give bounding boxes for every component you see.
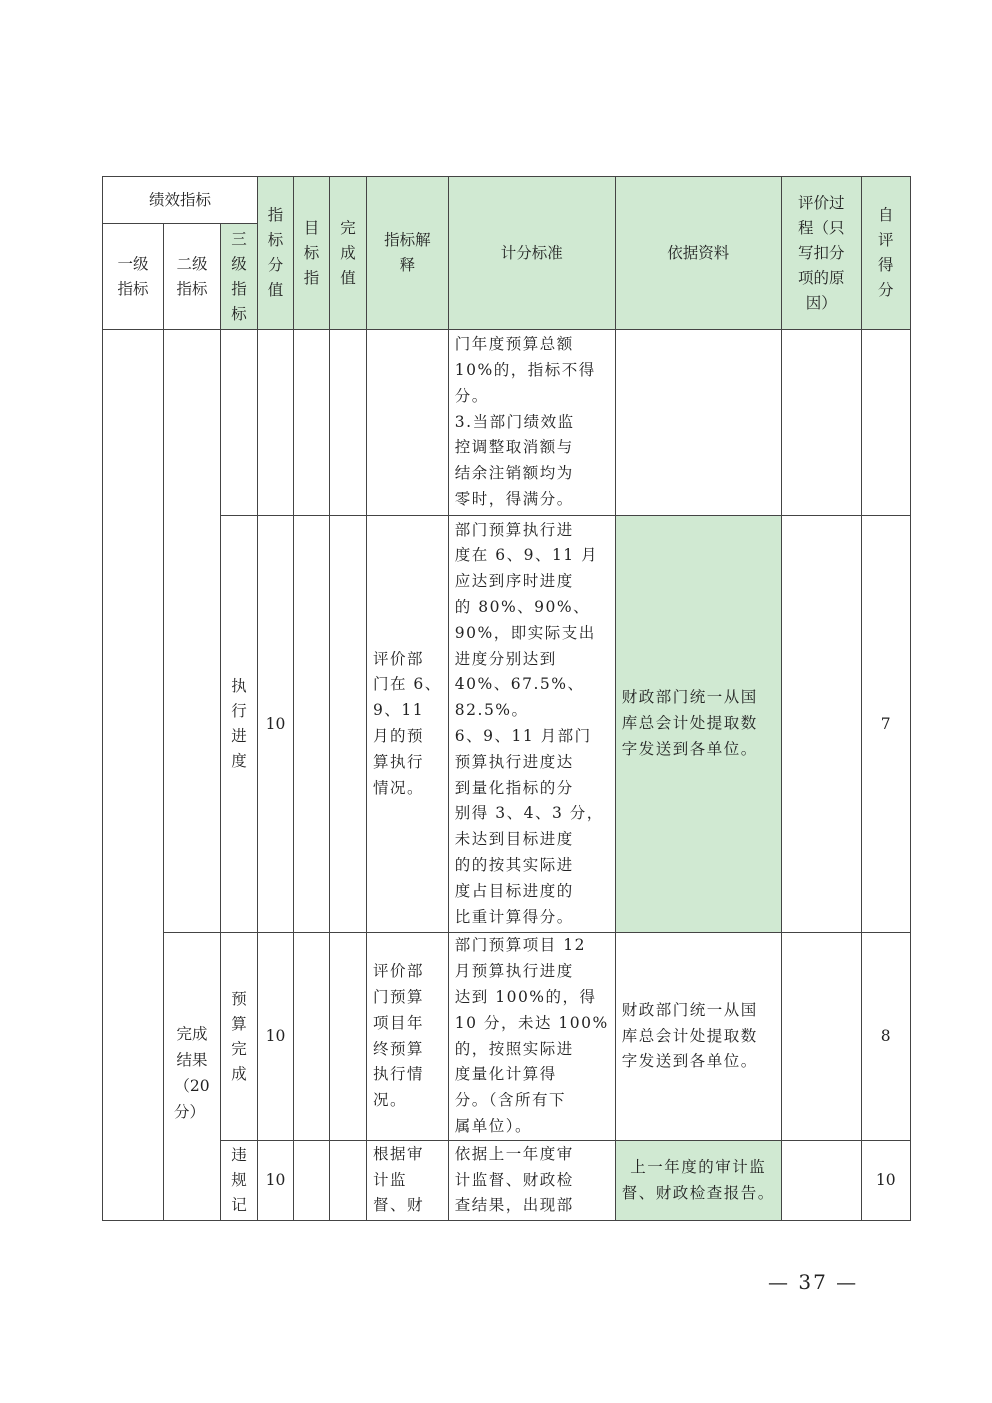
header-level2-indicator: 二级指标	[164, 224, 221, 330]
evaluation-process-cell	[781, 933, 861, 1141]
target-cell	[294, 1141, 330, 1221]
header-basis-materials: 依据资料	[615, 177, 781, 330]
score-value-cell	[258, 330, 294, 516]
table-row: 执行进度 10 评价部门在 6、9、11月的预算执行情况。 部门预算执行进度在 …	[103, 516, 911, 933]
level3-cell: 执行进度	[221, 516, 258, 933]
target-cell	[294, 330, 330, 516]
table-row: 违规记 10 根据审计监督、财 依据上一年度审计监督、财政检查结果，出现部 上一…	[103, 1141, 911, 1221]
header-level3-indicator: 三级指标	[221, 224, 258, 330]
explanation-cell: 评价部门在 6、9、11月的预算执行情况。	[367, 516, 449, 933]
header-evaluation-process: 评价过程（只写扣分项的原因）	[781, 177, 861, 330]
header-completion-value: 完成值	[330, 177, 367, 330]
level3-cell: 预算完成	[221, 933, 258, 1141]
self-score-cell: 8	[861, 933, 910, 1141]
header-score-value: 指标分值	[258, 177, 294, 330]
level3-cell: 违规记	[221, 1141, 258, 1221]
table-row: 门年度预算总额10%的，指标不得分。3.当部门绩效监控调整取消额与结余注销额均为…	[103, 330, 911, 516]
table-row: 完成结果（20分） 预算完成 10 评价部门预算项目年终预算执行情况。 部门预算…	[103, 933, 911, 1141]
explanation-cell: 根据审计监督、财	[367, 1141, 449, 1221]
scoring-standard-cell: 部门预算项目 12月预算执行进度达到 100%的，得10 分，未达 100%的，…	[448, 933, 615, 1141]
self-score-cell	[861, 330, 910, 516]
target-cell	[294, 933, 330, 1141]
header-scoring-standard: 计分标准	[448, 177, 615, 330]
evaluation-process-cell	[781, 1141, 861, 1221]
completion-cell	[330, 516, 367, 933]
basis-materials-cell	[615, 330, 781, 516]
page-number: — 37 —	[768, 1270, 858, 1294]
evaluation-process-cell	[781, 330, 861, 516]
evaluation-process-cell	[781, 516, 861, 933]
completion-cell	[330, 330, 367, 516]
header-level1-indicator: 一级指标	[103, 224, 164, 330]
level2-cell-completion-result: 完成结果（20分）	[164, 933, 221, 1221]
basis-materials-cell: 财政部门统一从国库总会计处提取数字发送到各单位。	[615, 933, 781, 1141]
explanation-cell	[367, 330, 449, 516]
header-target: 目标指	[294, 177, 330, 330]
scoring-standard-cell: 门年度预算总额10%的，指标不得分。3.当部门绩效监控调整取消额与结余注销额均为…	[448, 330, 615, 516]
level1-cell	[103, 330, 164, 1221]
header-performance-indicators: 绩效指标	[103, 177, 258, 224]
score-value-cell: 10	[258, 933, 294, 1141]
completion-cell	[330, 933, 367, 1141]
header-self-score: 自评得分	[861, 177, 910, 330]
level2-cell	[164, 330, 221, 933]
completion-cell	[330, 1141, 367, 1221]
self-score-cell: 10	[861, 1141, 910, 1221]
scoring-standard-cell: 部门预算执行进度在 6、9、11 月应达到序时进度的 80%、90%、90%，即…	[448, 516, 615, 933]
basis-materials-cell: 上一年度的审计监督、财政检查报告。	[615, 1141, 781, 1221]
scoring-standard-cell: 依据上一年度审计监督、财政检查结果，出现部	[448, 1141, 615, 1221]
explanation-cell: 评价部门预算项目年终预算执行情况。	[367, 933, 449, 1141]
target-cell	[294, 516, 330, 933]
self-score-cell: 7	[861, 516, 910, 933]
level3-cell	[221, 330, 258, 516]
performance-indicator-table: 绩效指标 指标分值 目标指 完成值 指标解释 计分标准 依据资料 评价过程（只写…	[102, 176, 911, 1221]
score-value-cell: 10	[258, 516, 294, 933]
score-value-cell: 10	[258, 1141, 294, 1221]
header-indicator-explanation: 指标解释	[367, 177, 449, 330]
basis-materials-cell: 财政部门统一从国库总会计处提取数字发送到各单位。	[615, 516, 781, 933]
